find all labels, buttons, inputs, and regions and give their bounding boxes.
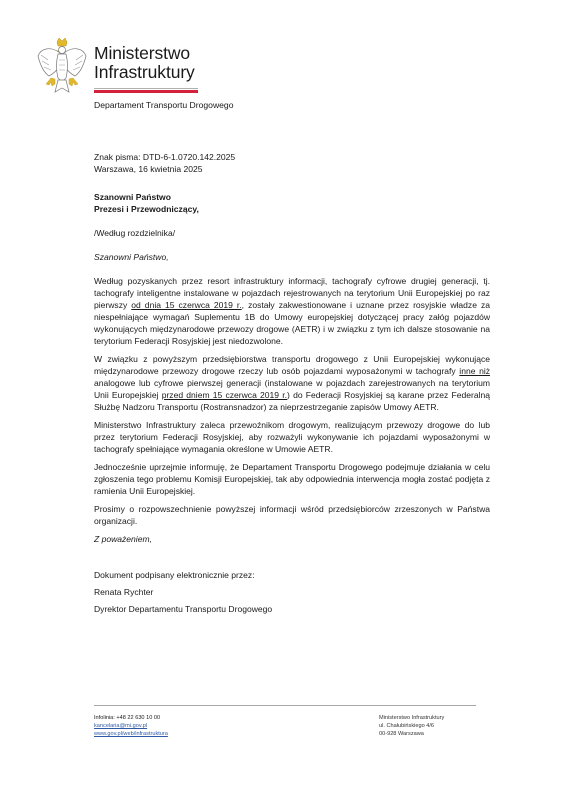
- footer-divider: [94, 705, 476, 706]
- case-number: Znak pisma: DTD-6-1.0720.142.2025: [94, 151, 490, 163]
- addressee-line2: Prezesi i Przewodniczący,: [94, 203, 490, 215]
- signatory-name: Renata Rychter: [94, 586, 490, 598]
- footer-address: Ministerstwo Infrastruktury ul. Chałubiń…: [379, 714, 444, 738]
- footer-contact: Infolinia: +48 22 630 10 00 kancelaria@m…: [94, 714, 168, 738]
- date-underlined: od dnia 15 czerwca 2019 r.: [131, 300, 241, 310]
- closing: Z poważeniem,: [94, 533, 490, 545]
- salutation: Szanowni Państwo,: [94, 251, 490, 263]
- signed-by-label: Dokument podpisany elektronicznie przez:: [94, 569, 490, 581]
- ministry-name-line1: Ministerstwo: [94, 44, 195, 63]
- paragraph-3: Ministerstwo Infrastruktury zaleca przew…: [94, 419, 490, 455]
- address-street: ul. Chałubińskiego 4/6: [379, 722, 444, 730]
- ministry-name-line2: Infrastruktury: [94, 63, 195, 82]
- letterhead-gray-rule: [94, 88, 198, 89]
- reference-block: Znak pisma: DTD-6-1.0720.142.2025 Warsza…: [94, 151, 490, 175]
- paragraph-2: W związku z powyższym przedsiębiorstwa t…: [94, 353, 490, 413]
- place-date: Warszawa, 16 kwietnia 2025: [94, 163, 490, 175]
- letter-body: Znak pisma: DTD-6-1.0720.142.2025 Warsza…: [94, 151, 490, 615]
- addressee-line1: Szanowni Państwo: [94, 191, 490, 203]
- address-city: 00-928 Warszawa: [379, 730, 444, 738]
- before-date-underlined: przed dniem 15 czerwca 2019 r.: [162, 390, 287, 400]
- department-name: Departament Transportu Drogowego: [94, 100, 234, 110]
- email-link[interactable]: kancelaria@mi.gov.pl: [94, 722, 168, 730]
- paragraph-5: Prosimy o rozpowszechnienie powyższej in…: [94, 503, 490, 527]
- hotline: Infolinia: +48 22 630 10 00: [94, 714, 168, 722]
- signatory-title: Dyrektor Departamentu Transportu Drogowe…: [94, 603, 490, 615]
- website-link[interactable]: www.gov.pl/web/infrastruktura: [94, 730, 168, 738]
- paragraph-2-text: W związku z powyższym przedsiębiorstwa t…: [94, 354, 490, 376]
- addressee: Szanowni Państwo Prezesi i Przewodnicząc…: [94, 191, 490, 215]
- address-name: Ministerstwo Infrastruktury: [379, 714, 444, 722]
- paragraph-4: Jednocześnie uprzejmie informuję, że Dep…: [94, 461, 490, 497]
- ministry-name: Ministerstwo Infrastruktury: [94, 44, 195, 82]
- letterhead-red-rule: [94, 90, 198, 93]
- polish-eagle-emblem-icon: [37, 38, 87, 96]
- distribution-list: /Według rozdzielnika/: [94, 227, 490, 239]
- paragraph-1: Według pozyskanych przez resort infrastr…: [94, 275, 490, 347]
- other-than-underlined: inne niż: [459, 366, 490, 376]
